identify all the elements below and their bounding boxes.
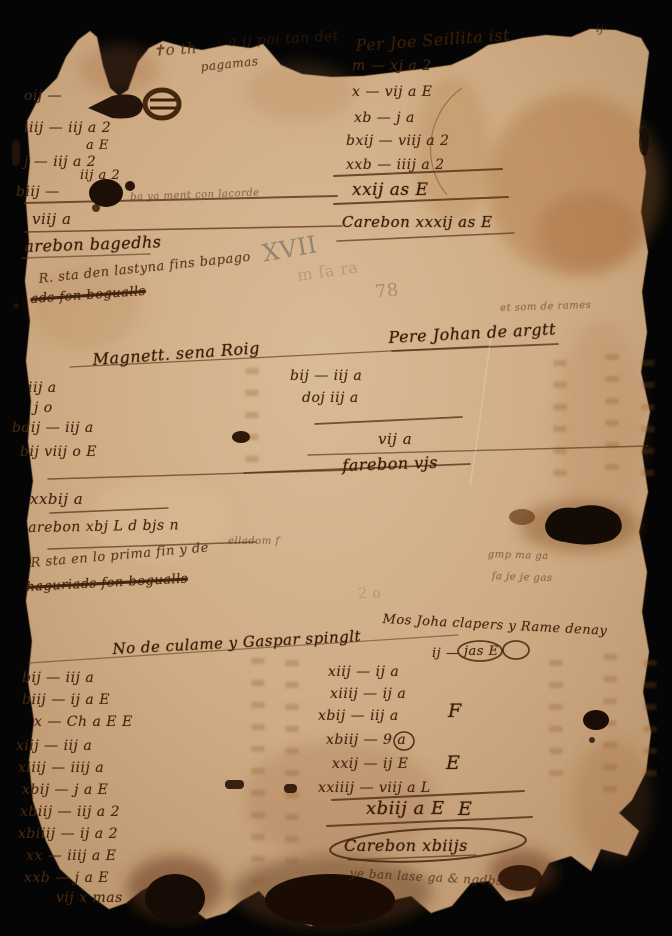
entry-row: m — xj a 2 [352,58,432,74]
entry-row: xbij — j a E [22,782,108,798]
entry-row: bdij — iij a [12,420,94,436]
memo-line-struck: haguriads fon bogualls [26,572,188,595]
corner-mark: ij [596,22,604,35]
result-line: arebon bagedhs [24,232,162,256]
top-header-left: ✝o th [152,39,198,60]
pencil-annotation: m ſa ra [296,257,360,284]
entry-row: xxb — iiij a 2 [346,157,445,173]
memo-line: R sta en lo prima fin y de [30,540,210,571]
entry-row: xx — iiij a E [26,848,116,864]
entry-row: bij — iij a [22,670,94,686]
entry-row: xb — j a [354,110,415,126]
circled-amount: jas E [464,644,499,659]
entry-row: iiij — iij a 2 [24,120,111,136]
entry-row: x — vij a E [352,84,433,100]
section-header: No de culame y Gaspar spinglt [112,627,361,658]
account-total: xbiij a E [366,798,445,819]
subtotal: viij a [32,210,71,228]
flourish-mark: E [458,798,472,820]
pencil-annotation: 78 [374,280,400,303]
entry-row: j o [34,400,53,416]
entry-row: oij — [24,88,62,104]
entry-row: xxij — ij E [332,756,409,772]
pencil-annotation: 2 o [358,586,381,602]
memo-line: R. sta den lastyna fins bapago [38,250,252,287]
bleed-note: elladom f [228,536,280,547]
section-header: Pere Johan de argtt [388,319,556,347]
memo-line-struck: ads fon bogualls [30,284,146,307]
account-total: xxij as E [352,180,428,200]
section-header: Mos Joha clapers y Rame denay [382,612,607,639]
entry-row: xbij — iij a [318,708,399,724]
bottom-note: ye ban lase ga & ngdbs [349,866,503,888]
carry-total: Carebon xxxij as E [342,213,492,231]
entry-row: bxij — viij a 2 [346,133,449,149]
entry-row: xiiij — ij a [330,686,406,702]
bleed-note: ſa je je gas [492,571,553,584]
entry-row: x — Ch a E E [34,714,133,730]
flourish-mark: F [448,700,462,722]
subtotal: vij a [378,430,412,448]
faint-note: ba ya ment con lacorde [130,187,260,203]
entry-row: bij viij o E [20,444,97,460]
manuscript-photo: ✝o th pagamas a ij poi tan det Per Joe S… [0,0,672,936]
entry-row: xbiij — iij a 2 [20,804,120,820]
entry-row: doj iij a [302,390,359,406]
handwriting-layer: ✝o th pagamas a ij poi tan det Per Joe S… [0,0,672,936]
bleed-note: gmp ma ga [488,549,549,562]
subtotal: xxbij a [30,490,83,508]
entry-row: bij — iij a [290,368,362,384]
bleed-note: et som de rames [500,300,592,314]
top-header-center: a ij poi tan det [228,28,339,50]
pencil-annotation: XVII [260,230,319,267]
entry-row: biij — ij a E [22,692,110,708]
entry-row: xbiiij — ij a 2 [18,826,118,842]
entry-row: xbiij — 9 a [326,732,406,748]
entry-row: biij — [16,184,60,200]
entry-row: a E [86,138,109,153]
entry-row: xxb — j a E [24,870,109,886]
flourish-mark: E [446,752,460,774]
result-line: farebon vjs [342,453,438,475]
entry-row: xiij — ij a [328,664,399,680]
result-line: arebon xbj L d bjs n [28,517,179,536]
entry-row: vij x mas [56,890,123,906]
entry-row: iij a [28,380,57,396]
entry-row: iij a 2 [80,168,120,183]
section-header: Magnett. sena Roig [92,338,261,369]
header-suffix: ij — [432,646,459,661]
entry-row: xiiij — iiij a [18,760,104,776]
top-header-left-sub: pagamas [200,54,259,74]
top-header-right: Per Joe Seillita ist [355,25,511,55]
carry-total: Carebon xbiijs [344,836,468,855]
entry-row: xiij — iij a [16,738,92,754]
entry-row: xxiiij — viij a L [318,780,431,796]
